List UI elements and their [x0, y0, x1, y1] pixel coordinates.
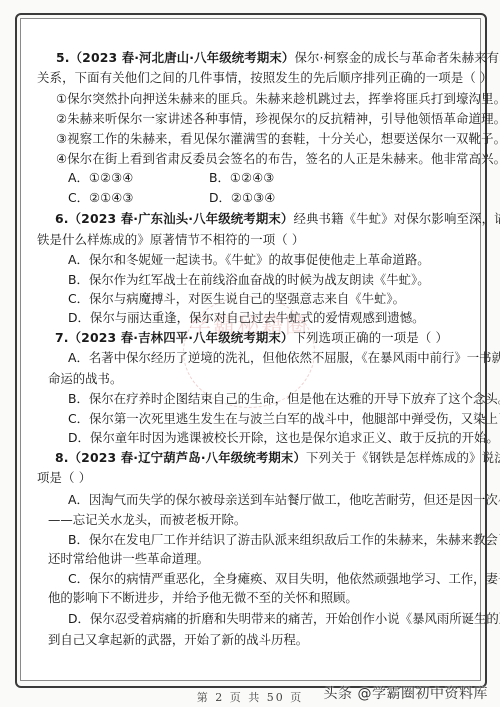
question-7-source: 7.（2023 春·吉林四平·八年级统考期末） [55, 330, 293, 345]
source-credit-watermark: 头条 @学霸圈初中资料库 [324, 683, 488, 703]
question-8-option-b-cont: 还时常给他讲一些革命道理。 [48, 549, 209, 569]
question-5-option-a: A．①②③④ [68, 168, 133, 188]
question-6-option-a: A．保尔和冬妮娅一起读书。《牛虻》的故事促使他走上革命道路。 [68, 250, 430, 270]
question-5-line-2: 关系，下面有关他们之间的几件事情，按照发生的先后顺序排列正确的一项是（ ） [37, 68, 493, 88]
question-5-option-d: D．②①③④ [209, 188, 275, 208]
question-5-stem: 保尔·柯察金的成长与革命者朱赫来有着重要的 [294, 50, 500, 65]
question-7-stem: 下列选项正确的一项是（ ） [293, 330, 448, 345]
document-page: 学霸秘籍圈 5.（2023 春·河北唐山·八年级统考期末）保尔·柯察金的成长与革… [0, 0, 500, 707]
question-8-option-c-cont: 他的影响下不断进步，并给予他无微不至的关怀和照顾。 [48, 588, 358, 608]
question-5-line-1: 5.（2023 春·河北唐山·八年级统考期末）保尔·柯察金的成长与革命者朱赫来有… [56, 48, 500, 68]
question-8-stem: 下列关于《钢铁是怎样炼成的》说法有误的一 [306, 450, 500, 465]
question-5-source: 5.（2023 春·河北唐山·八年级统考期末） [56, 50, 294, 65]
question-8-option-c: C．保尔的病情严重恶化，全身瘫痪、双目失明，他依然顽强地学习、工作，妻子丽达也在 [68, 569, 500, 589]
question-5-event-2: ②朱赫来听保尔一家讲述各种事情，珍视保尔的反抗精神，引导他领悟革命道理。 [56, 109, 500, 129]
question-8-line-2: 项是（ ） [37, 468, 91, 488]
question-6-option-b: B．保尔作为红军战士在前线浴血奋战的时候为战友朗读《牛虻》。 [68, 270, 430, 290]
question-5-option-c: C．②①④③ [68, 188, 133, 208]
question-5-event-3: ③视察工作的朱赫来，看见保尔灌满雪的套鞋，十分关心，想要送保尔一双靴子。 [56, 129, 500, 149]
question-7-option-b: B．保尔在疗养时企图结束自己的生命，但是他在达雅的开导下放弃了这个念头。 [68, 389, 500, 409]
question-7-option-c: C．保尔第一次死里逃生发生在与波兰白军的战斗中，他腿部中弹受伤，又染上了伤寒。 [68, 409, 500, 429]
question-8-option-a-cont: ——忘记关水龙头，而被老板开除。 [48, 510, 246, 530]
question-6-line-1: 6.（2023 春·广东汕头·八年级统考期末）经典书籍《牛虻》对保尔影响至深，请… [55, 209, 500, 229]
question-7-option-a-cont: 命运的战书。 [48, 369, 122, 389]
question-7-line-1: 7.（2023 春·吉林四平·八年级统考期末）下列选项正确的一项是（ ） [55, 328, 448, 348]
question-8-line-1: 8.（2023 春·辽宁葫芦岛·八年级统考期末）下列关于《钢铁是怎样炼成的》说法… [55, 448, 500, 468]
question-6-line-2: 铁是什么样炼成的》原著情节不相符的一项（ ） [37, 230, 304, 250]
question-6-option-c: C．保尔与病魔搏斗，对医生说自己的坚强意志来自《牛虻》。 [68, 289, 405, 309]
question-5-event-1: ①保尔突然扑向押送朱赫来的匪兵。朱赫来趁机跳过去，挥拳将匪兵打到壕沟里。 [56, 89, 500, 109]
question-8-option-a: A．因淘气而失学的保尔被母亲送到车站餐厅做工，他吃苦耐劳，但还是因一次小小的失误 [68, 490, 500, 510]
question-5-option-b: B．①②④③ [209, 168, 274, 188]
question-8-source: 8.（2023 春·辽宁葫芦岛·八年级统考期末） [55, 450, 306, 465]
question-5-event-4: ④保尔在街上看到省肃反委员会签名的布告，签名的人正是朱赫来。他非常高兴。 [56, 149, 500, 169]
question-8-option-d-cont: 到自己又拿起新的武器，开始了新的战斗历程。 [48, 630, 308, 650]
question-6-stem: 经典书籍《牛虻》对保尔影响至深，请选出与《钢 [293, 211, 500, 226]
question-7-option-a: A．名著中保尔经历了逆境的洗礼，但他依然不屈服，《在暴风雨中前行》一书就是他写给 [68, 348, 500, 368]
question-6-source: 6.（2023 春·广东汕头·八年级统考期末） [55, 211, 293, 226]
question-7-option-d: D．保尔童年时因为逃课被校长开除，这也是保尔追求正义、敢于反抗的开始。 [68, 428, 499, 448]
question-8-option-d: D．保尔忍受着病痛的折磨和失明带来的痛苦，开始创作小说《暴风雨所诞生的》，他感觉 [68, 609, 500, 629]
question-6-option-d: D．保尔与丽达重逢，保尔对自己过去牛虻式的爱情观感到遗憾。 [68, 308, 424, 328]
question-8-option-b: B．保尔在发电厂工作并结识了游击队派来组织敌后工作的朱赫来，朱赫来教会了他打拳， [68, 530, 500, 550]
